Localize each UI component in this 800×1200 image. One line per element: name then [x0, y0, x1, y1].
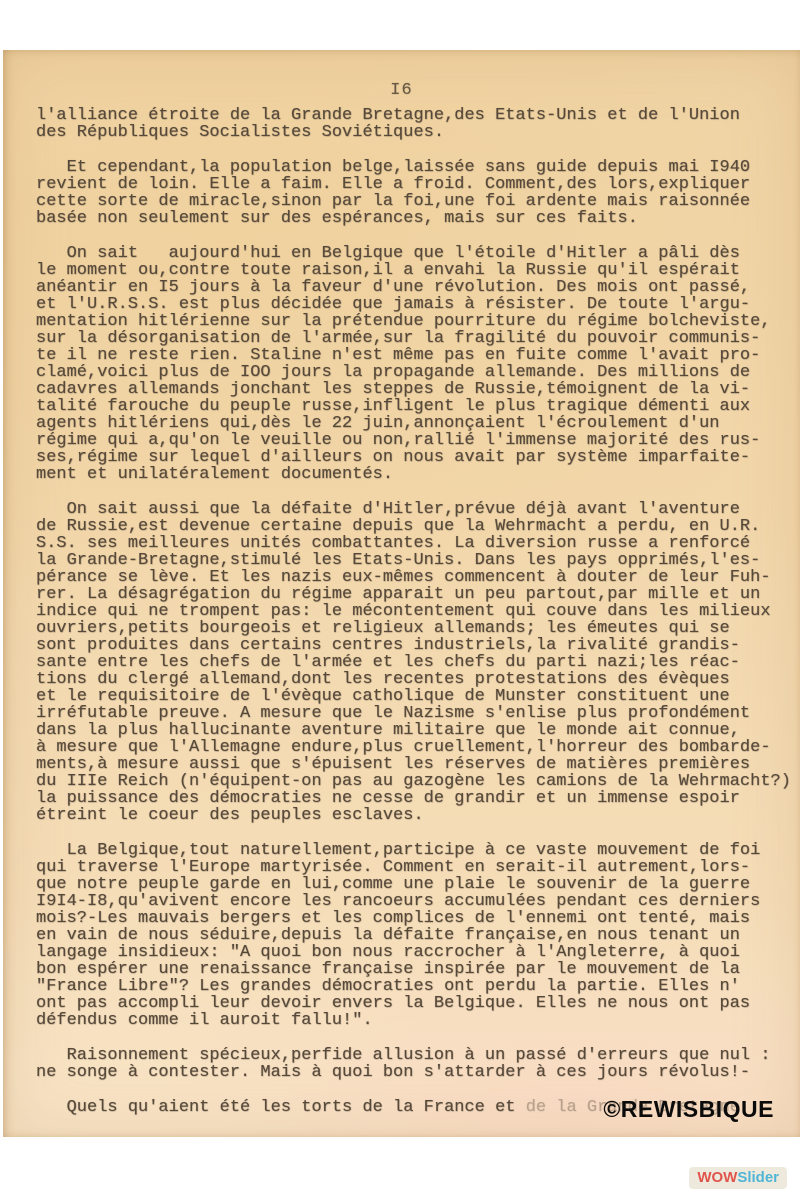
- text-line: mois?-Les mauvais bergers et les complic…: [36, 910, 796, 927]
- text-line: sante entre les chefs de l'armée et les …: [36, 654, 796, 671]
- text-line: "France Libre"? Les grandes démocraties …: [36, 978, 796, 995]
- text-line: S.S. ses meilleures unités combattantes.…: [36, 535, 796, 552]
- text-line: langage insidieux: "A quoi bon nous racc…: [36, 944, 796, 961]
- paragraph: La Belgique,tout naturellement,participe…: [36, 842, 796, 1029]
- paragraph: Raisonnement spécieux,perfide allusion à…: [36, 1047, 796, 1081]
- paragraph: l'alliance étroite de la Grande Bretagne…: [36, 107, 796, 141]
- text-line: des Républiques Socialistes Soviétiques.: [36, 124, 796, 141]
- wowslider-badge-wow-label: WOW: [697, 1169, 737, 1186]
- wowslider-badge-slider-label: Slider: [737, 1169, 779, 1186]
- text-line: en vain de nous séduire,depuis la défait…: [36, 927, 796, 944]
- text-line: ses,régime sur lequel d'ailleurs on nous…: [36, 449, 796, 466]
- text-line: qui traverse l'Europe martyrisée. Commen…: [36, 859, 796, 876]
- text-line: indice qui ne trompent pas: le mécontent…: [36, 603, 796, 620]
- text-line: ment et unilatéralement documentés.: [36, 466, 796, 483]
- text-line: revient de loin. Elle a faim. Elle a fro…: [36, 176, 796, 193]
- text-line: sont produites dans certains centres ind…: [36, 637, 796, 654]
- text-line: étreint le coeur des peuples esclaves.: [36, 807, 796, 824]
- text-line: dans la plus hallucinante aventure milit…: [36, 722, 796, 739]
- scanned-document-page: I6 l'alliance étroite de la Grande Breta…: [3, 50, 800, 1137]
- text-line: agents hitlériens qui,dès le 22 juin,ann…: [36, 415, 796, 432]
- text-line: anéantir en I5 jours à la faveur d'une r…: [36, 279, 796, 296]
- text-line: Raisonnement spécieux,perfide allusion à…: [36, 1047, 796, 1064]
- copyright-watermark: ©REWISBIQUE: [603, 1096, 774, 1123]
- text-line: I9I4-I8,qu'avivent encore les rancoeurs …: [36, 893, 796, 910]
- text-line: et l'U.R.S.S. est plus décidée que jamai…: [36, 296, 796, 313]
- text-line: ont pas accompli leur devoir envers la B…: [36, 995, 796, 1012]
- text-line: mentation hitlérienne sur la prétendue p…: [36, 313, 796, 330]
- document-body: l'alliance étroite de la Grande Bretagne…: [36, 107, 796, 1116]
- text-line: talité farouche du peuple russe,infligen…: [36, 398, 796, 415]
- page-background: I6 l'alliance étroite de la Grande Breta…: [0, 0, 800, 1200]
- text-line: ouvriers,petits bourgeois et religieux a…: [36, 620, 796, 637]
- text-line: bon espérer une renaissance française in…: [36, 961, 796, 978]
- paragraph: On sait aujourd'hui en Belgique que l'ét…: [36, 245, 796, 483]
- text-line: cette sorte de miracle,sinon par la foi,…: [36, 193, 796, 210]
- text-line: ments,à mesure aussi que s'épuisent les …: [36, 756, 796, 773]
- text-line: régime qui a,qu'on le veuille ou non,ral…: [36, 432, 796, 449]
- text-line: la Grande-Bretagne,stimulé les Etats-Uni…: [36, 552, 796, 569]
- text-line: irréfutable preuve. A mesure que le Nazi…: [36, 705, 796, 722]
- text-line: clamé,voici plus de IOO jours la propaga…: [36, 364, 796, 381]
- text-line: Et cependant,la population belge,laissée…: [36, 159, 796, 176]
- text-line: La Belgique,tout naturellement,participe…: [36, 842, 796, 859]
- text-line: la puissance des démocraties ne cesse de…: [36, 790, 796, 807]
- paragraph: On sait aussi que la défaite d'Hitler,pr…: [36, 501, 796, 824]
- wowslider-badge[interactable]: WOWSlider: [689, 1167, 787, 1189]
- text-line: l'alliance étroite de la Grande Bretagne…: [36, 107, 796, 124]
- text-line: à mesure que l'Allemagne endure,plus cru…: [36, 739, 796, 756]
- text-line: ne songe à contester. Mais à quoi bon s'…: [36, 1064, 796, 1081]
- text-line: que notre peuple garde en lui,comme une …: [36, 876, 796, 893]
- text-line: défendus comme il auroit fallu!".: [36, 1012, 796, 1029]
- text-line: cadavres allemands jonchant les steppes …: [36, 381, 796, 398]
- text-line: tions du clergé allemand,dont les recent…: [36, 671, 796, 688]
- text-line: le moment ou,contre toute raison,il a en…: [36, 262, 796, 279]
- text-line: de Russie,est devenue certaine depuis qu…: [36, 518, 796, 535]
- text-line: pérance se lève. Et les nazis eux-mêmes …: [36, 569, 796, 586]
- text-line: te il ne reste rien. Staline n'est même …: [36, 347, 796, 364]
- page-number: I6: [3, 81, 800, 100]
- text-line: basée non seulement sur des espérances, …: [36, 210, 796, 227]
- text-line: On sait aussi que la défaite d'Hitler,pr…: [36, 501, 796, 518]
- text-line: et le requisitoire de l'évèque catholiqu…: [36, 688, 796, 705]
- text-line: sur la désorganisation de l'armée,sur la…: [36, 330, 796, 347]
- text-line: On sait aujourd'hui en Belgique que l'ét…: [36, 245, 796, 262]
- text-line: du IIIe Reich (n'équipent-on pas au gazo…: [36, 773, 796, 790]
- text-line: rer. La désagrégation du régime apparait…: [36, 586, 796, 603]
- paragraph: Et cependant,la population belge,laissée…: [36, 159, 796, 227]
